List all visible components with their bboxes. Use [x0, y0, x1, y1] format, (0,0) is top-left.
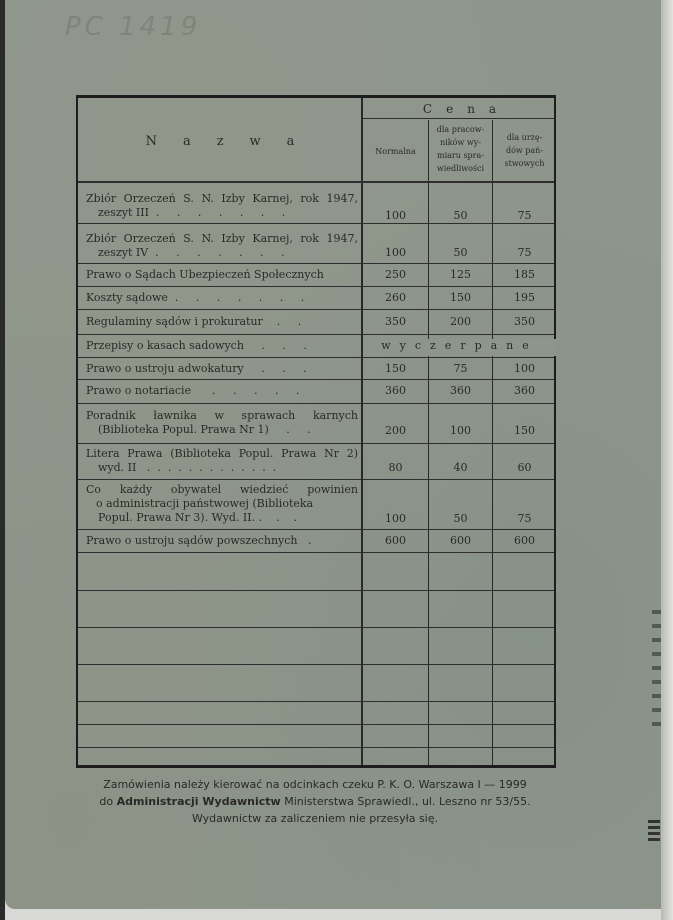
header-employee-price: dla pracow- ników wy- miaru spra- wiedli…	[429, 123, 492, 175]
empty-row-rule	[78, 747, 554, 748]
row-9-line-2: (Biblioteka Popul. Prawa Nr 1) . .	[86, 423, 358, 437]
row-5-normal: 350	[363, 315, 428, 329]
row-rule	[78, 529, 554, 530]
row-1-offices: 75	[493, 209, 556, 223]
row-3-employees: 125	[429, 268, 492, 282]
row-10-line-1: Litera Prawa (Biblioteka Popul. Prawa Nr…	[86, 447, 358, 461]
row-3-title: Prawo o Sądach Ubezpieczeń Społecznych	[86, 268, 358, 282]
pencil-annotation: PC 1419	[65, 12, 201, 42]
row-10-normal: 80	[363, 461, 428, 475]
row-4-employees: 150	[429, 291, 492, 305]
row-11-line-2: o administracji państwowej (Biblioteka	[86, 497, 358, 511]
footer-line-3: Wydawnictw za zaliczeniem nie przesyła s…	[70, 810, 560, 827]
footer-publisher-name: Administracji Wydawnictw	[117, 795, 281, 808]
row-rule	[78, 309, 554, 310]
row-rule	[78, 552, 554, 553]
row-10-title: Litera Prawa (Biblioteka Popul. Prawa Nr…	[86, 447, 358, 475]
row-4-title: Koszty sądowe . . . . . . .	[86, 291, 358, 305]
row-11-title: Co każdy obywatel wiedzieć powinien o ad…	[86, 483, 358, 525]
row-10-offices: 60	[493, 461, 556, 475]
row-rule	[78, 223, 554, 224]
row-4-offices: 195	[493, 291, 556, 305]
price-list-table: Nazwa Cena Normalna dla pracow- ników wy…	[76, 95, 556, 768]
row-9-normal: 200	[363, 424, 428, 438]
row-rule	[78, 334, 554, 335]
row-rule	[78, 286, 554, 287]
ordering-instructions: Zamówienia należy kierować na odcinkach …	[70, 776, 560, 827]
row-9-offices: 150	[493, 424, 556, 438]
row-10-employees: 40	[429, 461, 492, 475]
row-1-title: Zbiór Orzeczeń S. N. Izby Karnej, rok 19…	[86, 192, 358, 220]
header-normal-price: Normalna	[363, 145, 428, 158]
row-12-employees: 600	[429, 534, 492, 548]
scan-right-edge	[661, 0, 673, 920]
row-rule	[78, 263, 554, 264]
footer-line-2-prefix: do	[99, 795, 116, 808]
row-4-normal: 260	[363, 291, 428, 305]
row-7-normal: 150	[363, 362, 428, 376]
row-9-employees: 100	[429, 424, 492, 438]
row-8-employees: 360	[429, 384, 492, 398]
row-7-employees: 75	[429, 362, 492, 376]
spine-barcode-marks	[648, 820, 660, 842]
header-price-group: Cena	[363, 102, 556, 116]
row-rule	[78, 379, 554, 380]
row-rule	[78, 479, 554, 480]
row-5-offices: 350	[493, 315, 556, 329]
footer-line-2: do Administracji Wydawnictw Ministerstwa…	[70, 793, 560, 810]
row-1-normal: 100	[363, 209, 428, 223]
header-name: Nazwa	[78, 134, 362, 149]
row-11-normal: 100	[363, 512, 428, 526]
row-7-offices: 100	[493, 362, 556, 376]
row-2-normal: 100	[363, 246, 428, 260]
empty-row-rule	[78, 664, 554, 665]
row-3-normal: 250	[363, 268, 428, 282]
footer-line-1: Zamówienia należy kierować na odcinkach …	[70, 776, 560, 793]
row-2-line-1: Zbiór Orzeczeń S. N. Izby Karnej, rok 19…	[86, 232, 358, 246]
row-11-employees: 50	[429, 512, 492, 526]
header-bottom-rule	[78, 181, 554, 183]
row-1-line-1: Zbiór Orzeczeń S. N. Izby Karnej, rok 19…	[86, 192, 358, 206]
row-11-line-1: Co każdy obywatel wiedzieć powinien	[86, 483, 358, 497]
row-12-offices: 600	[493, 534, 556, 548]
row-1-line-2: zeszyt III . . . . . . .	[86, 206, 358, 220]
row-rule	[78, 357, 554, 358]
row-rule	[78, 403, 554, 404]
empty-row-rule	[78, 724, 554, 725]
row-12-normal: 600	[363, 534, 428, 548]
row-1-employees: 50	[429, 209, 492, 223]
row-9-title: Poradnik ławnika w sprawach karnych (Bib…	[86, 409, 358, 437]
row-3-offices: 185	[493, 268, 556, 282]
row-6-out-of-print: wyczerpane	[363, 339, 556, 356]
row-8-normal: 360	[363, 384, 428, 398]
row-2-line-2: zeszyt IV . . . . . . .	[86, 246, 358, 260]
footer-line-2-address: Ministerstwa Sprawiedl., ul. Leszno nr 5…	[281, 795, 531, 808]
row-8-offices: 360	[493, 384, 556, 398]
price-group-underline	[363, 118, 556, 119]
row-11-offices: 75	[493, 512, 556, 526]
row-5-employees: 200	[429, 315, 492, 329]
empty-row-rule	[78, 590, 554, 591]
row-rule	[78, 443, 554, 444]
row-6-title: Przepisy o kasach sadowych . . .	[86, 339, 358, 353]
row-10-line-2: wyd. II . . . . . . . . . . . . .	[86, 461, 358, 475]
row-11-line-3: Popul. Prawa Nr 3). Wyd. II. . . .	[86, 511, 358, 525]
empty-row-rule	[78, 627, 554, 628]
empty-row-rule	[78, 701, 554, 702]
row-12-title: Prawo o ustroju sądów powszechnych .	[86, 534, 358, 548]
row-9-line-1: Poradnik ławnika w sprawach karnych	[86, 409, 358, 423]
row-8-title: Prawo o notariacie . . . . .	[86, 384, 358, 398]
row-7-title: Prawo o ustroju adwokatury . . .	[86, 362, 358, 376]
row-5-title: Regulaminy sądów i prokuratur . .	[86, 315, 358, 329]
header-office-price: dla urzę- dów pań- stwowych	[493, 131, 556, 170]
row-2-title: Zbiór Orzeczeń S. N. Izby Karnej, rok 19…	[86, 232, 358, 260]
row-2-offices: 75	[493, 246, 556, 260]
row-2-employees: 50	[429, 246, 492, 260]
spine-binding-marks	[652, 610, 661, 730]
